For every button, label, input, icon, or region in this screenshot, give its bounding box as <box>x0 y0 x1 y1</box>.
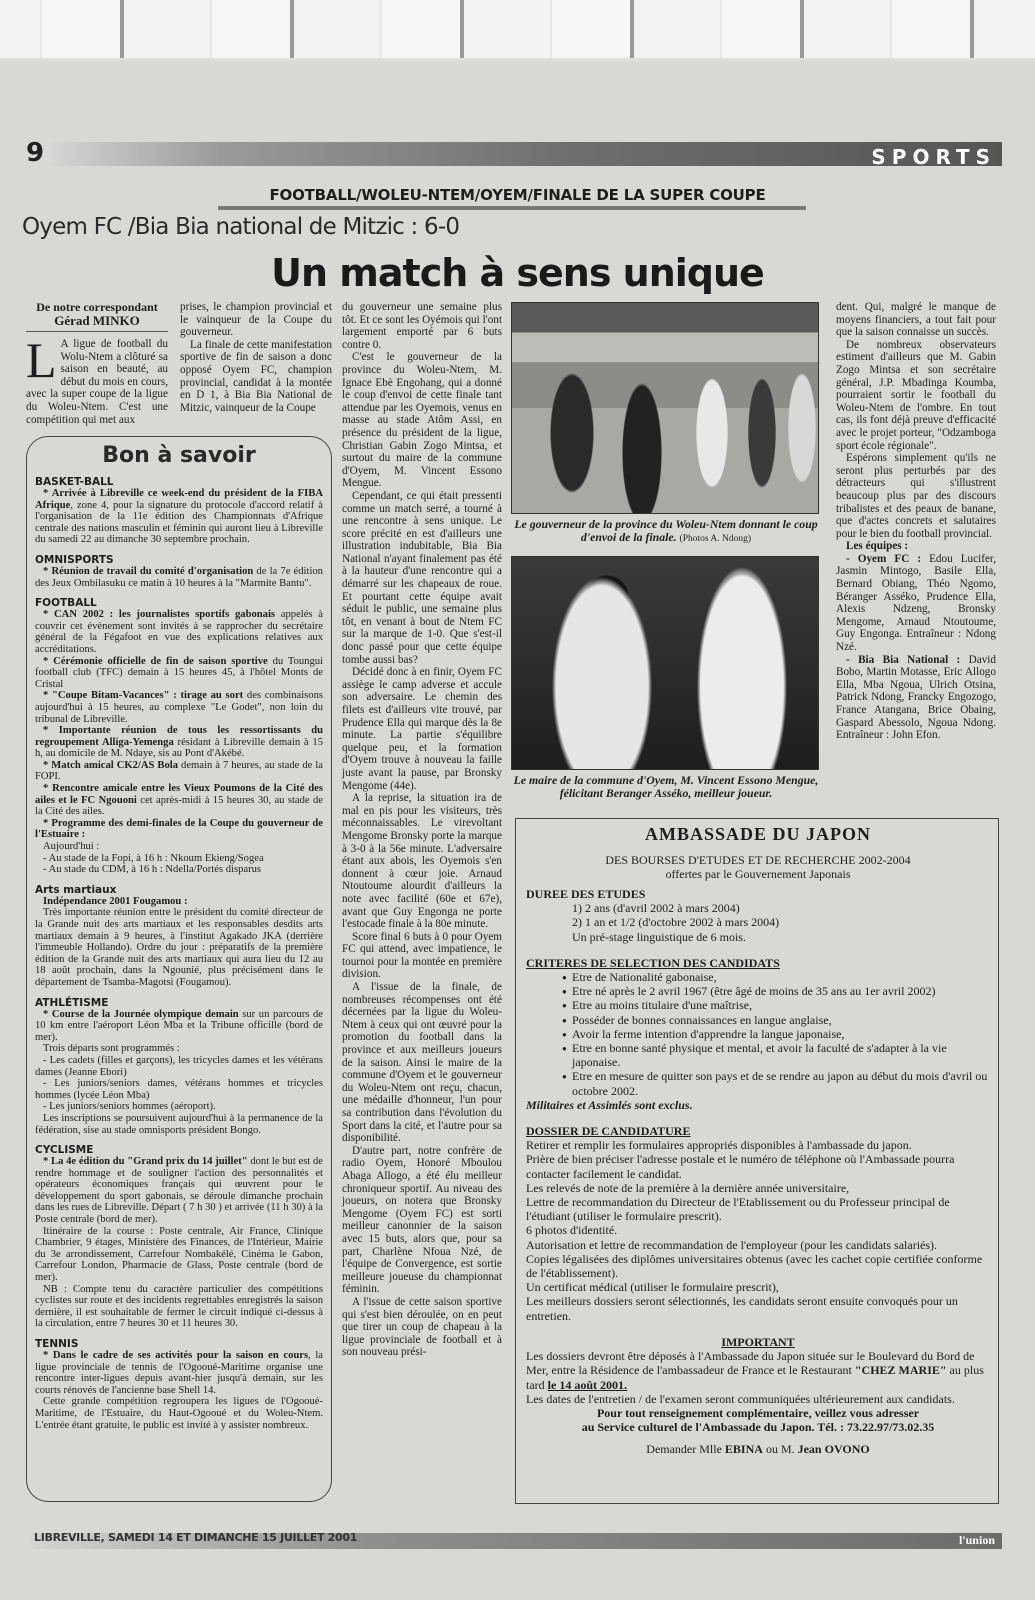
schedule-line: - Au stade de la Fopi, à 16 h : Nkoum Ek… <box>35 853 323 865</box>
photo-credit: (Photos A. Ndong) <box>680 534 752 544</box>
drop-cap: L <box>26 340 57 380</box>
bon-a-savoir-section: CYCLISME* La 4e édition du "Grand prix d… <box>35 1144 323 1330</box>
section-heading: OMNISPORTS <box>35 554 323 566</box>
dossier-line: Autorisation et lettre de recommandation… <box>526 1238 990 1252</box>
paragraph: Cependant, ce qui était pressenti comme … <box>342 490 502 666</box>
section-subheading: Indépendance 2001 Fougamou : <box>35 896 323 908</box>
dossier-line: Lettre de recommandation du Directeur de… <box>526 1195 990 1223</box>
ad-subtitle-2: offertes par le Gouvernement Japonais <box>526 867 990 881</box>
duree-line: Un pré-stage linguistique de 6 mois. <box>526 930 990 944</box>
section-heading: Arts martiaux <box>35 884 323 896</box>
header-gradient-bar: SPORTS <box>50 142 1002 166</box>
photo-mayor-congratulating <box>511 556 819 770</box>
news-brief: * Cérémonie officielle de fin de saison … <box>35 656 323 691</box>
lead-paragraph: LA ligue de football du Wolu-Ntem a clôt… <box>26 338 168 426</box>
news-brief: - Les juniors/seniors hommes (aéroport). <box>35 1101 323 1113</box>
newspaper-brand: l'union <box>959 1533 995 1548</box>
news-brief: NB : Compte tenu du caractère particulie… <box>35 1284 323 1330</box>
dossier-heading: DOSSIER DE CANDIDATURE <box>526 1124 990 1138</box>
important-text: Les dossiers devront être déposés à l'Am… <box>526 1349 990 1392</box>
team-bia-bia-national: - Bia Bia National : David Bobo, Martin … <box>836 654 996 742</box>
news-brief: * La 4e édition du "Grand prix du 14 jui… <box>35 1156 323 1226</box>
paragraph: Score final 6 buts à 0 pour Oyem FC qui … <box>342 931 502 981</box>
paragraph: du gouverneur une semaine plus tôt. Et c… <box>342 301 502 351</box>
news-brief: * CAN 2002 : les journalistes sportifs g… <box>35 609 323 655</box>
dossier-line: Les meilleurs dossiers seront sélectionn… <box>526 1294 990 1322</box>
news-brief: * Importante réunion de tous les ressort… <box>35 725 323 760</box>
dossier-line: 6 photos d'identité. <box>526 1223 990 1237</box>
critere-item: Etre de Nationalité gabonaise, <box>526 970 990 984</box>
news-brief: Très importante réunion entre le préside… <box>35 907 323 988</box>
bon-a-savoir-section: Arts martiauxIndépendance 2001 Fougamou … <box>35 884 323 989</box>
news-brief: Les inscriptions se poursuivent aujourd'… <box>35 1113 323 1136</box>
news-brief: * Réunion de travail du comité d'organis… <box>35 566 323 589</box>
dossier-line: Prière de bien préciser l'adresse postal… <box>526 1152 990 1180</box>
photo2-caption: Le maire de la commune d'Oyem, M. Vincen… <box>508 774 824 800</box>
bon-a-savoir-section: BASKET-BALL* Arrivée à Libreville ce wee… <box>35 476 323 546</box>
photo-governor-kickoff <box>511 302 819 514</box>
paragraph: De nombreux observateurs estiment d'aill… <box>836 339 996 452</box>
contact-line-1: Pour tout renseignement complémentaire, … <box>526 1406 990 1420</box>
kicker-underline <box>218 206 806 210</box>
paragraph: prises, le champion provincial et le vai… <box>180 301 332 339</box>
critere-item: Etre en bonne santé physique et mental, … <box>526 1041 990 1069</box>
important-dates-note: Les dates de l'entretien / de l'examen s… <box>526 1392 990 1406</box>
dossier-line: Un certificat médical (utiliser le formu… <box>526 1280 990 1294</box>
paragraph: D'autre part, notre confrère de radio Oy… <box>342 1145 502 1296</box>
section-heading: CYCLISME <box>35 1144 323 1156</box>
dossier-line: Copies légalisées des diplômes universit… <box>526 1252 990 1280</box>
article-column-1: De notre correspondant Gérad MINKO LA li… <box>26 301 168 426</box>
article-column-4: dent. Qui, malgré le manque de moyens fi… <box>836 301 996 742</box>
news-brief: * Dans le cadre de ses activités pour la… <box>35 1350 323 1396</box>
bon-a-savoir-section: TENNIS* Dans le cadre de ses activités p… <box>35 1338 323 1431</box>
critere-item: Etre né après le 2 avril 1967 (être âgé … <box>526 984 990 998</box>
news-brief: * Rencontre amicale entre les Vieux Poum… <box>35 783 323 818</box>
photo1-caption: Le gouverneur de la province du Woleu-Nt… <box>508 518 824 546</box>
article-kicker: FOOTBALL/WOLEU-NTEM/OYEM/FINALE DE LA SU… <box>0 186 1035 204</box>
paragraph: La finale de cette manifestation sportiv… <box>180 339 332 415</box>
footer-date: LIBREVILLE, SAMEDI 14 ET DIMANCHE 15 JUI… <box>34 1531 357 1544</box>
article-column-2: prises, le champion provincial et le vai… <box>180 301 332 414</box>
scan-top-edge <box>0 0 1035 66</box>
news-brief: - Les juniors/seniors dames, vétérans ho… <box>35 1078 323 1101</box>
section-heading: TENNIS <box>35 1338 323 1350</box>
news-brief: * Course de la Journée olympique demain … <box>35 1009 323 1044</box>
teams-label: Les équipes : <box>836 540 996 553</box>
article-subhead: Oyem FC /Bia Bia national de Mitzic : 6-… <box>22 214 459 240</box>
schedule-line: - Au stade du CDM, à 16 h : Ndella/Porté… <box>35 864 323 876</box>
duree-line: 1) 2 ans (d'avril 2002 à mars 2004) <box>526 901 990 915</box>
paragraph: Espérons simplement qu'ils ne seront plu… <box>836 452 996 540</box>
byline-author: Gérad MINKO <box>26 314 168 327</box>
bon-a-savoir-section: FOOTBALL* CAN 2002 : les journalistes sp… <box>35 597 323 876</box>
ambassade-japon-ad: AMBASSADE DU JAPON DES BOURSES D'ETUDES … <box>515 818 999 1504</box>
bon-a-savoir-section: OMNISPORTS* Réunion de travail du comité… <box>35 554 323 589</box>
bon-a-savoir-title: Bon à savoir <box>35 443 323 468</box>
exclusion-note: Militaires et Assimlés sont exclus. <box>526 1098 990 1112</box>
critere-item: Avoir la ferme intention d'apprendre la … <box>526 1027 990 1041</box>
contact-persons: Demander Mlle EBINA ou M. Jean OVONO <box>526 1442 990 1456</box>
critere-item: Etre en mesure de quitter son pays et de… <box>526 1069 990 1097</box>
section-label: SPORTS <box>871 145 996 169</box>
section-heading: FOOTBALL <box>35 597 323 609</box>
team-oyem-fc: - Oyem FC : Edou Lucifer, Jasmin Mintogo… <box>836 553 996 654</box>
page-number: 9 <box>26 138 44 168</box>
paragraph: A la reprise, la situation ira de mal en… <box>342 792 502 931</box>
duree-line: 2) 1 an et 1/2 (d'octobre 2002 à mars 20… <box>526 915 990 929</box>
dossier-line: Retirer et remplir les formulaires appro… <box>526 1138 990 1152</box>
ad-title: AMBASSADE DU JAPON <box>526 823 990 845</box>
news-brief: Itinéraire de la course : Poste centrale… <box>35 1226 323 1284</box>
article-headline: Un match à sens unique <box>0 251 1035 295</box>
critere-item: Etre au moins titulaire d'une maîtrise, <box>526 998 990 1012</box>
schedule-line: Aujourd'hui : <box>35 841 323 853</box>
paragraph: dent. Qui, malgré le manque de moyens fi… <box>836 301 996 339</box>
news-brief: - Les cadets (filles et garçons), les tr… <box>35 1055 323 1078</box>
ad-subtitle-1: DES BOURSES D'ETUDES ET DE RECHERCHE 200… <box>526 853 990 867</box>
page-header: 9 SPORTS <box>26 140 1002 168</box>
article-column-3: du gouverneur une semaine plus tôt. Et c… <box>342 301 502 1359</box>
paragraph: Décidé donc à en finir, Oyem FC assiège … <box>342 666 502 792</box>
important-heading: IMPORTANT <box>526 1335 990 1349</box>
paragraph: A l'issue de la finale, de nombreuses ré… <box>342 981 502 1145</box>
news-brief: * Match amical CK2/AS Bola demain à 7 he… <box>35 760 323 783</box>
bon-a-savoir-section: ATHLÉTISME* Course de la Journée olympiq… <box>35 997 323 1137</box>
duree-heading: DUREE DES ETUDES <box>526 887 990 901</box>
news-brief: * Programme des demi-finales de la Coupe… <box>35 818 323 841</box>
section-heading: ATHLÉTISME <box>35 997 323 1009</box>
dossier-line: Les relevés de note de la première à la … <box>526 1181 990 1195</box>
news-brief: * "Coupe Bitam-Vacances" : tirage au sor… <box>35 690 323 725</box>
section-heading: BASKET-BALL <box>35 476 323 488</box>
bon-a-savoir-sections: BASKET-BALL* Arrivée à Libreville ce wee… <box>35 476 323 1431</box>
contact-line-2: au Service culturel de l'Ambassade du Ja… <box>526 1420 990 1434</box>
paragraph: C'est le gouverneur de la province du Wo… <box>342 351 502 490</box>
news-brief: Cette grande compétition regroupera les … <box>35 1396 323 1431</box>
bon-a-savoir-box: Bon à savoir BASKET-BALL* Arrivée à Libr… <box>26 436 332 1502</box>
criteres-heading: CRITERES DE SELECTION DES CANDIDATS <box>526 956 990 970</box>
deadline: le 14 août 2001. <box>548 1378 627 1392</box>
news-brief: Trois départs sont programmés : <box>35 1043 323 1055</box>
critere-item: Posséder de bonnes connaissances en lang… <box>526 1013 990 1027</box>
paragraph: A l'issue de cette saison sportive qui s… <box>342 1296 502 1359</box>
news-brief: * Arrivée à Libreville ce week-end du pr… <box>35 488 323 546</box>
